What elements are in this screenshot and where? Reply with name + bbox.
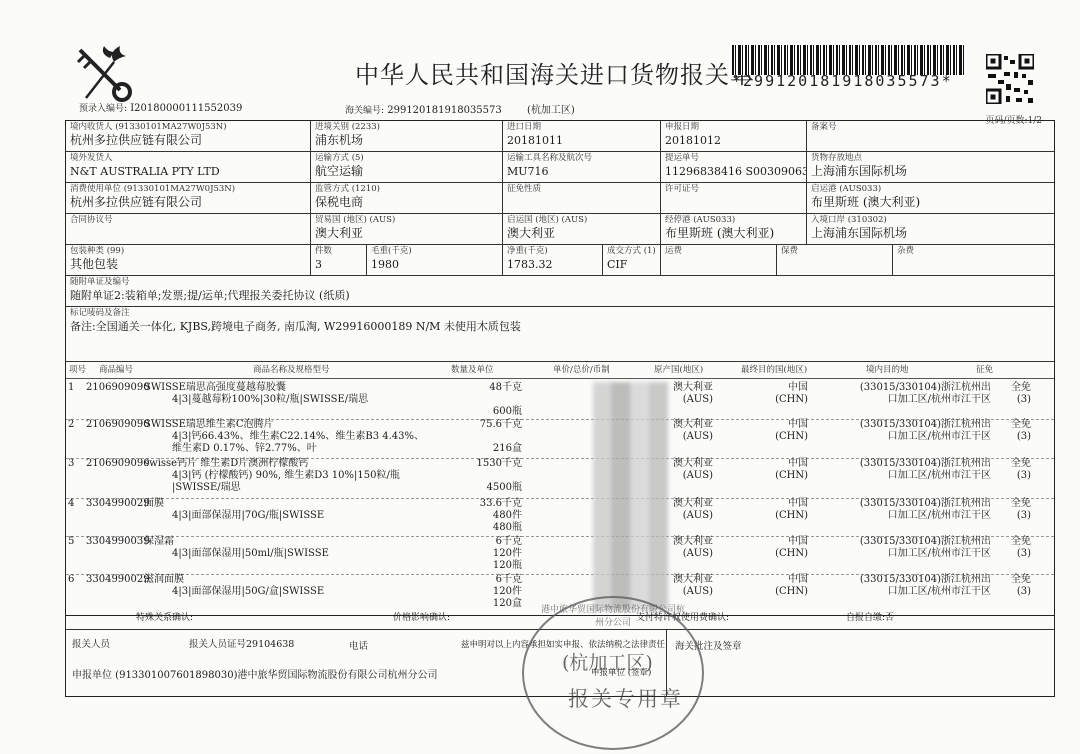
import-date-field: 进口日期20181011 [503, 121, 661, 151]
item-dest-country: 中国(CHN) [766, 574, 808, 598]
remarks-field: 标记唛码及备注备注:全国通关一体化, KJBS,跨境电子商务, 南瓜淘, W29… [66, 307, 1054, 361]
pre-entry-number: 预录入编号: I20180000111552039 [79, 101, 242, 114]
consignor-field: 境外发货人N&T AUSTRALIA PTY LTD [66, 152, 311, 182]
item-dest-country: 中国(CHN) [766, 419, 808, 443]
special-relation-label: 特殊关系确认: [136, 610, 193, 623]
item-spec: 4|3|面部保湿用|70G/瓶|SWISSE [172, 510, 324, 522]
entry-port-field: 入境口岸 (310302)上海浦东国际机场 [807, 214, 1054, 244]
col-domestic-dest: 境内目的地 [866, 362, 909, 378]
customs-declaration-page: 中华人民共和国海关进口货物报关单 *299120181918035573* 预录… [0, 0, 1080, 754]
declaration-header-form: 境内收货人 (91330101MA27W0J53N)杭州多拉供应链有限公司 进境… [65, 120, 1055, 616]
col-price: 单价/总价/币制 [553, 362, 610, 378]
goods-table: 项号 商品编号 商品名称及规格型号 数量及单位 单价/总价/币制 原产国(地区)… [66, 362, 1054, 616]
item-qty: 75.6千克 216盒 [426, 419, 522, 455]
qr-code-icon [986, 54, 1034, 104]
consignee-field: 境内收货人 (91330101MA27W0J53N)杭州多拉供应链有限公司 [66, 121, 311, 151]
item-domestic-dest: (33015/330104)浙江杭州出口加工区/杭州市江干区 [811, 536, 991, 560]
item-code: 3304990039 [86, 536, 150, 548]
item-dest-country: 中国(CHN) [766, 536, 808, 560]
item-domestic-dest: (33015/330104)浙江杭州出口加工区/杭州市江干区 [811, 419, 991, 443]
entry-customs-field: 进境关别 (2233)浦东机场 [311, 121, 503, 151]
item-exempt: 全免(3) [991, 419, 1031, 443]
item-domestic-dest: (33015/330104)浙江杭州出口加工区/杭州市江干区 [811, 498, 991, 522]
item-exempt: 全免(3) [991, 536, 1031, 560]
item-no: 3 [68, 458, 74, 470]
item-exempt: 全免(3) [991, 382, 1031, 406]
document-title: 中华人民共和国海关进口货物报关单 [355, 55, 755, 90]
item-spec: 4|3|蔓越莓粉100%|30粒/瓶|SWISSE/瑞思 [172, 394, 368, 406]
net-weight-field: 净重(千克)1783.32 [503, 245, 603, 275]
item-code: 3304990029 [86, 574, 150, 586]
pieces-field: 件数3 [311, 245, 367, 275]
item-spec: 4|3|面部保湿用|50G/盒|SWISSE [172, 586, 324, 598]
item-domestic-dest: (33015/330104)浙江杭州出口加工区/杭州市江干区 [811, 458, 991, 482]
package-type-field: 包装种类 (99)其他包装 [66, 245, 311, 275]
item-no: 1 [68, 382, 74, 394]
col-item-no: 项号 [69, 362, 86, 378]
item-no: 4 [68, 498, 74, 510]
stamp-line-2: 报关专用章 [568, 683, 683, 713]
item-code: 2106909090 [86, 458, 150, 470]
item-no: 5 [68, 536, 74, 548]
record-no-field: 备案号 [807, 121, 1054, 151]
declarant-label: 报关人员 [72, 636, 110, 650]
self-report-label: 自报自缴:否 [846, 610, 894, 623]
misc-fee-field: 杂费 [893, 245, 1054, 275]
supervision-field: 监管方式 (1210)保税电商 [311, 183, 503, 213]
item-dest-country: 中国(CHN) [766, 458, 808, 482]
goods-table-header: 项号 商品编号 商品名称及规格型号 数量及单位 单价/总价/币制 原产国(地区)… [66, 362, 1054, 379]
customs-stamp: 港中旅华贸国际物流股份有限公司杭州分公司 (杭加工区) 报关专用章 [522, 596, 704, 750]
license-no-field: 许可证号 [661, 183, 807, 213]
item-exempt: 全免(3) [991, 574, 1031, 598]
gross-weight-field: 毛重(千克)1980 [367, 245, 503, 275]
insurance-field: 保费 [777, 245, 893, 275]
freight-field: 运费 [661, 245, 777, 275]
item-qty: 1530千克 4500瓶 [426, 458, 522, 494]
item-spec: 4|3|面部保湿用|50ml/瓶|SWISSE [172, 548, 329, 560]
item-exempt: 全免(3) [991, 498, 1031, 522]
col-name: 商品名称及规格型号 [253, 362, 330, 378]
customs-number: 海关编号: 299120181918035573 (杭加工区) [345, 101, 575, 116]
departure-port-field: 启运港 (AUS033)布里斯班 (澳大利亚) [807, 183, 1054, 213]
phone-label: 电话 [349, 638, 368, 652]
contract-no-field: 合同协议号 [66, 214, 311, 244]
col-code: 商品编号 [99, 362, 133, 378]
item-code: 2106909090 [86, 382, 150, 394]
stamp-ring-text: 港中旅华贸国际物流股份有限公司杭州分公司 [538, 602, 688, 628]
item-qty: 48千克 600瓶 [426, 382, 522, 418]
transaction-mode-field: 成交方式 (1)CIF [603, 245, 661, 275]
item-name: SWISSE瑞思维生素C泡腾片 [144, 419, 274, 431]
col-qty: 数量及单位 [451, 362, 494, 378]
barcode [732, 45, 964, 75]
attached-docs-field: 随附单证及编号随附单证2:装箱单;发票;提/运单;代理报关委托协议 (纸质) [66, 276, 1054, 306]
barcode-text: *299120181918035573* [732, 72, 953, 90]
transit-port-field: 经停港 (AUS033)布里斯班 (澳大利亚) [661, 214, 807, 244]
item-qty: 6千克120件120瓶 [426, 536, 522, 572]
item-name: swisse钙片 维生素D片澳洲柠檬酸钙 [144, 458, 308, 470]
col-exempt: 征免 [976, 362, 993, 378]
redacted-price-area [593, 382, 668, 610]
transport-mode-field: 运输方式 (5)航空运输 [311, 152, 503, 182]
item-spec: 4|3|钙66.43%、维生素C22.14%、维生素B3 4.43%、维生素D … [172, 431, 424, 455]
item-name: SWISSE瑞思高强度蔓越莓胶囊 [144, 382, 286, 394]
item-no: 2 [68, 419, 74, 431]
item-exempt: 全免(3) [991, 458, 1031, 482]
customs-emblem-icon [74, 42, 136, 104]
item-dest-country: 中国(CHN) [766, 382, 808, 406]
stamp-line-1: (杭加工区) [562, 648, 653, 675]
item-code: 2106909090 [86, 419, 150, 431]
item-name: 保湿霜 [144, 536, 174, 548]
storage-place-field: 货物存放地点上海浦东国际机场 [807, 152, 1054, 182]
declare-date-field: 申报日期20181012 [661, 121, 807, 151]
item-domestic-dest: (33015/330104)浙江杭州出口加工区/杭州市江干区 [811, 382, 991, 406]
departure-country-field: 启运国 (地区) (AUS)澳大利亚 [503, 214, 661, 244]
item-no: 6 [68, 574, 74, 586]
consumer-field: 消费使用单位 (91330101MA27W0J53N)杭州多拉供应链有限公司 [66, 183, 311, 213]
vessel-field: 运输工具名称及航次号MU716 [503, 152, 661, 182]
item-dest-country: 中国(CHN) [766, 498, 808, 522]
col-dest-country: 最终目的国(地区) [741, 362, 807, 378]
col-origin: 原产国(地区) [654, 362, 703, 378]
item-qty: 33.6千克480件480瓶 [426, 498, 522, 534]
declarant-cert: 报关人员证号29104638 [189, 636, 294, 650]
item-domestic-dest: (33015/330104)浙江杭州出口加工区/杭州市江干区 [811, 574, 991, 598]
trade-country-field: 贸易国 (地区) (AUS)澳大利亚 [311, 214, 503, 244]
bill-no-field: 提运单号11296838416 S00309063 [661, 152, 807, 182]
levy-nature-field: 征免性质 [503, 183, 661, 213]
item-name: 面膜 [144, 498, 164, 510]
item-name: 滋润面膜 [144, 574, 184, 586]
declaring-unit: 申报单位 (913301007601898030)港中旅华贸国际物流股份有限公司… [72, 666, 438, 681]
item-spec: 4|3|钙 (柠檬酸钙) 90%, 维生素D3 10%|150粒/瓶|SWISS… [172, 470, 400, 494]
item-code: 3304990029 [86, 498, 150, 510]
price-influence-label: 价格影响确认: [393, 610, 450, 623]
